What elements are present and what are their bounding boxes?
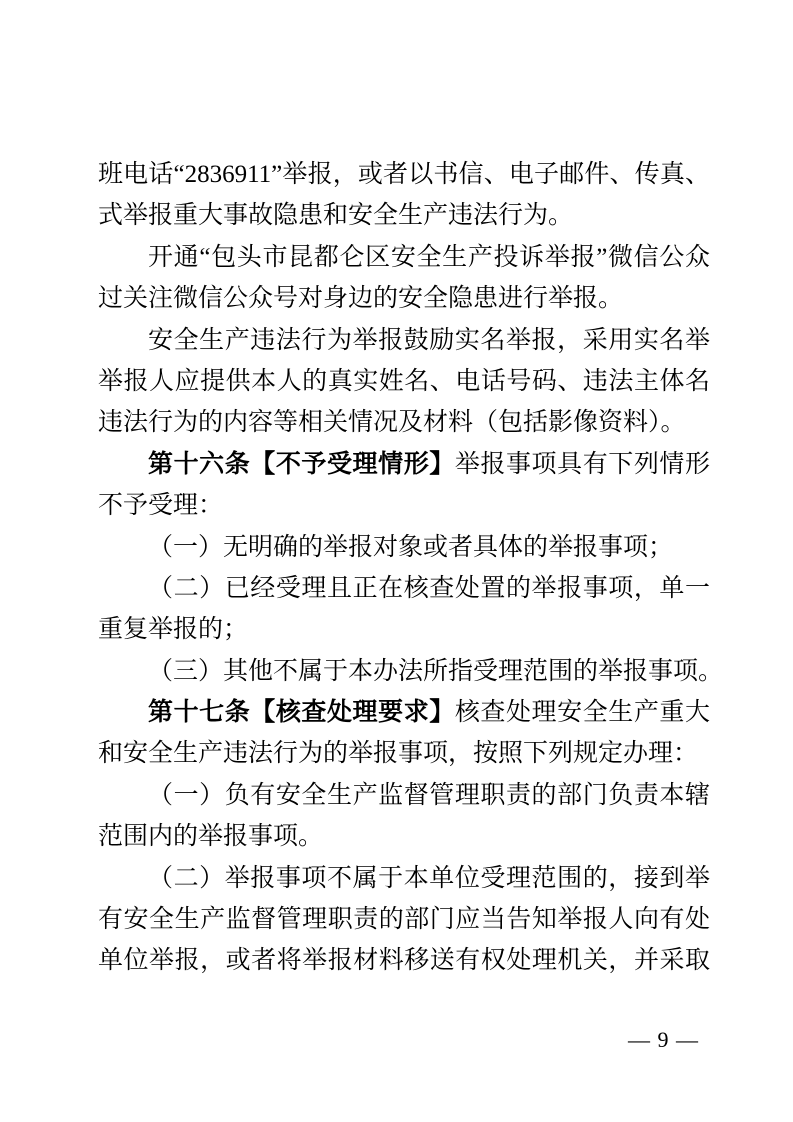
- text-line: （二）已经受理且正在核查处置的举报事项，单一举报人: [98, 568, 710, 609]
- text-line: 班电话“2836911”举报，或者以书信、电子邮件、传真、微信等方: [98, 154, 710, 195]
- text-line: 过关注微信公众号对身边的安全隐患进行举报。: [98, 278, 710, 319]
- text-line: 式举报重大事故隐患和安全生产违法行为。: [98, 195, 710, 236]
- text-line: 第十六条【不予受理情形】举报事项具有下列情形之一的，: [98, 444, 710, 485]
- text-line: 第十七条【核查处理要求】核查处理安全生产重大事故隐患: [98, 692, 710, 733]
- text-line: （一）负有安全生产监督管理职责的部门负责本辖区职责: [98, 775, 710, 816]
- text-line: 不予受理：: [98, 485, 710, 526]
- text-line: 和安全生产违法行为的举报事项，按照下列规定办理：: [98, 733, 710, 774]
- text-line: 重复举报的；: [98, 609, 710, 650]
- text-line: （二）举报事项不属于本单位受理范围的，接到举报的负: [98, 858, 710, 899]
- text-line: （三）其他不属于本办法所指受理范围的举报事项。: [98, 651, 710, 692]
- document-page: 班电话“2836911”举报，或者以书信、电子邮件、传真、微信等方 式举报重大事…: [0, 0, 793, 1122]
- text-line: 有安全生产监督管理职责的部门应当告知举报人向有处理权的: [98, 899, 710, 940]
- text-line: 违法行为的内容等相关情况及材料（包括影像资料）。: [98, 402, 710, 443]
- text-line: （一）无明确的举报对象或者具体的举报事项；: [98, 527, 710, 568]
- text-line: 开通“包头市昆都仑区安全生产投诉举报”微信公众平台。通: [98, 237, 710, 278]
- article-16-heading: 第十六条【不予受理情形】: [148, 450, 455, 478]
- text-line: 范围内的举报事项。: [98, 816, 710, 857]
- article-17-heading: 第十七条【核查处理要求】: [148, 698, 455, 726]
- text-line: 安全生产违法行为举报鼓励实名举报，采用实名举报的，: [98, 320, 710, 361]
- text-line: 举报人应提供本人的真实姓名、电话号码、违法主体名称、地点、: [98, 361, 710, 402]
- page-number: — 9 —: [628, 1028, 699, 1052]
- document-body: 班电话“2836911”举报，或者以书信、电子邮件、传真、微信等方 式举报重大事…: [98, 154, 710, 982]
- text-line: 单位举报，或者将举报材料移送有权处理机关，并采取适当方: [98, 940, 710, 981]
